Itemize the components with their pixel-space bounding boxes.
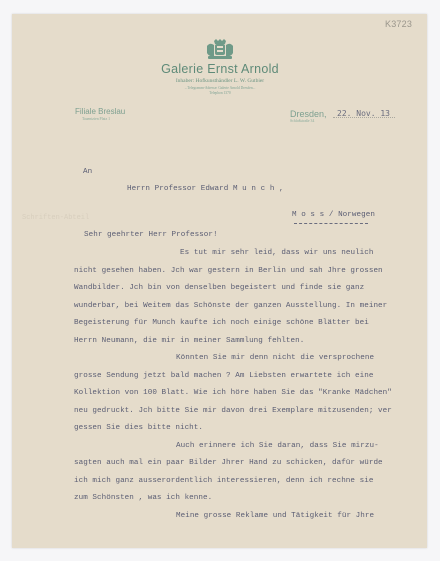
letter-line: sagten auch mal ein paar Bilder Jhrer Ha…: [74, 459, 383, 467]
letter-line: Wandbilder. Jch bin von denselben begeis…: [74, 284, 364, 292]
branch-address: Tauentzien Platz 1: [82, 117, 110, 121]
greeting: Sehr geehrter Herr Professor!: [84, 231, 218, 239]
salutation-to: An: [83, 168, 92, 176]
letter-line: Meine grosse Reklame und Tätigkeit für J…: [176, 512, 374, 520]
coat-of-arms-icon: [204, 39, 236, 60]
letter-line: wunderbar, bei Weitem das Schönste der g…: [74, 302, 387, 310]
recipient-name: Herrn Professor Edward M u n c h ,: [127, 185, 284, 193]
letter-line: Herrn Neumann, die mir in meiner Sammlun…: [74, 337, 304, 345]
city-name: Dresden,: [290, 109, 327, 119]
letter-line: ich mich ganz ausserordentlich interessi…: [74, 477, 373, 485]
place-underline: [294, 223, 368, 224]
gallery-name: Galerie Ernst Arnold: [0, 62, 440, 76]
letter-line: Es tut mir sehr leid, dass wir uns neuli…: [180, 249, 374, 257]
city-address: Schloßstraße 34: [290, 119, 314, 123]
owner-line: Inhaber: Hofkunsthändler L. W. Gutbier: [0, 78, 440, 84]
letter-line: Begeisterung für Munch kaufte ich noch e…: [74, 319, 369, 327]
date-dotted-line: [333, 117, 395, 118]
archive-number: K3723: [385, 19, 412, 29]
letter-line: neu gedruckt. Jch bitte Sie mir davon dr…: [74, 407, 392, 415]
telegram-line: ...Telegramm-Adresse: Galerie Arnold Dre…: [0, 86, 440, 90]
letter-line: Kollektion von 100 Blatt. Wie ich höre h…: [74, 389, 392, 397]
letter-line: grosse Sendung jetzt bald machen ? Am Li…: [74, 372, 373, 380]
branch-name: Filiale Breslau: [75, 107, 125, 116]
recipient-place: M o s s / Norwegen: [292, 211, 375, 219]
ghost-impression: Schriften-Abteil: [22, 214, 89, 222]
letter-line: nicht gesehen haben. Jch war gestern in …: [74, 267, 383, 275]
letter-line: gessen Sie dies bitte nicht.: [74, 424, 203, 432]
letter-line: Könnten Sie mir denn nicht die versproch…: [176, 354, 374, 362]
phone-line: Telephon 1370: [0, 91, 440, 95]
letter-line: zum Schönsten , was ich kenne.: [74, 494, 212, 502]
letter-line: Auch erinnere ich Sie daran, dass Sie mi…: [176, 442, 379, 450]
